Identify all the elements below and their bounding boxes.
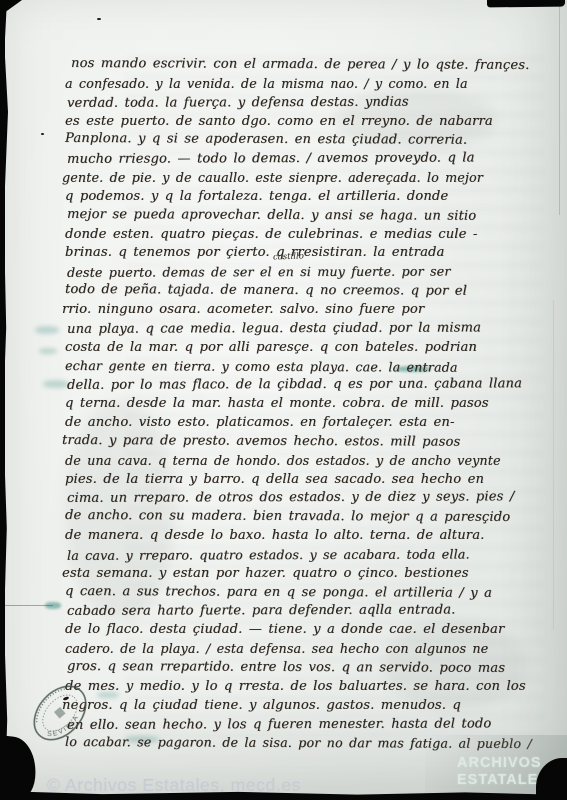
paper-sheet: nos mando escrivir. con el armada. de pe… (5, 0, 567, 795)
manuscript-line: echar gente en tierra. y como esta playa… (65, 356, 557, 377)
manuscript-line: negros. q la çiudad tiene. y algunos. ga… (62, 697, 557, 716)
manuscript-line: donde esten. quatro pieças. de culebrina… (65, 226, 557, 245)
manuscript-line: mucho rriesgo. — todo lo demas. / avemos… (67, 149, 557, 170)
manuscript-line: rrio. ninguno osara. acometer. salvo. si… (62, 301, 557, 320)
manuscript-line: brinas. q tenemos por çierto. q rresisti… (65, 244, 557, 263)
manuscript-scan: nos mando escrivir. con el armada. de pe… (0, 0, 567, 800)
manuscript-line: della. por lo mas flaco. de la çibdad. q… (67, 375, 557, 396)
manuscript-line: deste puerto. demas de ser el en si muy … (67, 262, 557, 283)
paper-fold-line (553, 300, 554, 630)
manuscript-line: esta semana. y estan por hazer. quatro o… (62, 565, 557, 584)
manuscript-line: en ello. sean hecho. y los q fueren mene… (67, 715, 557, 736)
manuscript-line: q terna. desde la mar. hasta el monte. c… (65, 395, 557, 414)
manuscript-line: gente. de pie. y de cauallo. este sienpr… (62, 169, 557, 188)
ink-speck (41, 133, 44, 135)
ghost-watermark-line: ARCHIVOS (457, 755, 549, 772)
manuscript-line: de ancho. con su madera. bien travada. l… (65, 507, 557, 528)
manuscript-text-block: nos mando escrivir. con el armada. de pe… (65, 56, 557, 753)
manuscript-line: Panplona. y q si se apoderasen. en esta … (65, 130, 557, 151)
manuscript-line: nos mando escrivir. con el armada. de pe… (71, 55, 557, 76)
manuscript-line: verdad. toda. la fuerça. y defensa desta… (67, 93, 557, 114)
manuscript-line: q caen. a sus trechos. para en q se pong… (65, 583, 557, 604)
ink-smudge (39, 348, 57, 354)
manuscript-line: trada. y para de presto. avemos hecho. e… (62, 432, 557, 453)
manuscript-line: costa de la mar. q por alli paresçe. q c… (65, 339, 557, 358)
manuscript-line: la cava. y rreparo. quatro estados. y se… (67, 545, 557, 566)
paper-fold-line (559, 0, 560, 215)
manuscript-line: q podemos. y q la fortaleza. tenga. el a… (65, 188, 557, 207)
manuscript-line: es este puerto. de santo dgo. como en el… (65, 113, 557, 132)
manuscript-line: cima. un rreparo. de otros dos estados. … (67, 489, 557, 510)
manuscript-line: cabado sera harto fuerte. para defender.… (67, 602, 557, 623)
manuscript-line: de mes. y medio. y lo q rresta. de los b… (65, 678, 557, 697)
ink-speck (97, 18, 101, 20)
manuscript-line: de manera. q desde lo baxo. hasta lo alt… (65, 527, 557, 546)
interlinear-note: castillo (273, 251, 304, 262)
manuscript-line: a confesado. y la venida. de la misma na… (65, 75, 557, 94)
manuscript-line: todo de peña. tajada. de manera. q no cr… (65, 281, 557, 302)
ink-smudge (35, 326, 59, 334)
manuscript-line: una playa. q cae media. legua. desta çiu… (67, 319, 557, 340)
pencil-mark (5, 605, 53, 606)
manuscript-line: de ancho. visto esto. platicamos. en for… (65, 414, 557, 433)
scan-edge-top-right (487, 0, 565, 7)
manuscript-line: de una cava. q terna de hondo. dos estad… (65, 452, 557, 471)
manuscript-line: de lo flaco. desta çiudad. — tiene. y a … (65, 621, 557, 640)
manuscript-line: gros. q sean rrepartido. entre los vos. … (67, 658, 557, 679)
manuscript-line: mejor se pueda aprovechar. della. y ansi… (67, 206, 557, 227)
manuscript-line: pies. de la tierra y barro. q della sea … (65, 471, 557, 490)
manuscript-line: cadero. de la playa. / esta defensa. sea… (65, 640, 557, 659)
